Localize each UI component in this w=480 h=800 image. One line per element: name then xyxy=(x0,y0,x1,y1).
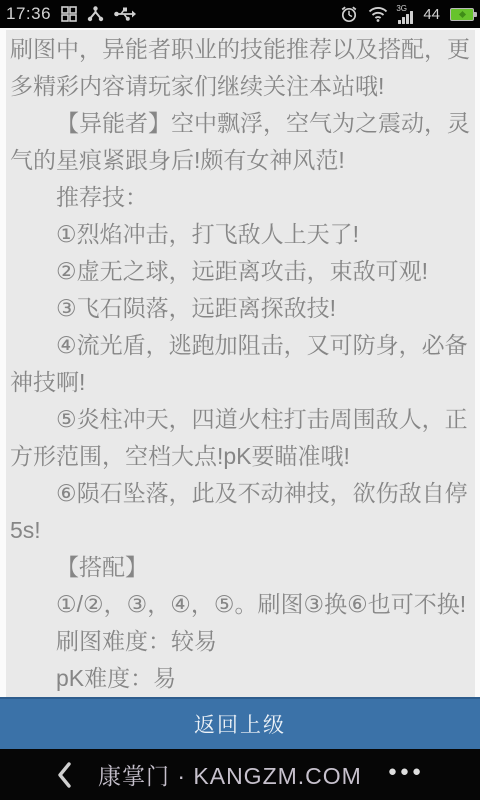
article-paragraph: ④流光盾，逃跑加阻击，又可防身，必备神技啊! xyxy=(10,327,471,401)
article-paragraph: ①烈焰冲击，打飞敌人上天了! xyxy=(10,216,471,253)
bottom-navigation-bar: 康掌门 · KANGZM.COM ●●● xyxy=(0,749,480,800)
wifi-icon xyxy=(368,6,388,22)
return-to-parent-button[interactable]: 返回上级 xyxy=(0,697,480,749)
grid-apps-icon xyxy=(61,6,77,22)
signal-strength-icon: 3G xyxy=(398,4,413,24)
article-paragraph: ①/②，③，④，⑤。刷图③换⑥也可不换! xyxy=(10,586,471,623)
article-paragraph: pK难度：易 xyxy=(10,660,471,697)
network-type-label: 3G xyxy=(396,4,407,13)
menu-dots-icon[interactable]: ●●● xyxy=(388,764,424,785)
article-paragraph: ③飞石陨落，远距离探敌技! xyxy=(10,290,471,327)
site-title: 康掌门 · KANGZM.COM xyxy=(98,758,362,791)
webview-content: 刷图中，异能者职业的技能推荐以及搭配，更多精彩内容请玩家们继续关注本站哦! 【异… xyxy=(0,28,480,697)
battery-percent: 44 xyxy=(423,6,440,23)
article-paragraph: 刷图难度：较易 xyxy=(10,623,471,660)
status-bar-right: 3G 44 xyxy=(340,4,474,24)
back-chevron-icon[interactable] xyxy=(56,761,72,789)
status-bar-left: 17:36 xyxy=(6,4,136,24)
status-bar: 17:36 xyxy=(0,0,480,28)
share-network-icon xyxy=(87,6,104,22)
article-paragraph: 刷图中，异能者职业的技能推荐以及搭配，更多精彩内容请玩家们继续关注本站哦! xyxy=(10,31,471,105)
article-paragraph: ②虚无之球，远距离攻击，束敌可观! xyxy=(10,253,471,290)
usb-icon xyxy=(114,7,136,21)
alarm-clock-icon xyxy=(340,5,358,23)
clock-time: 17:36 xyxy=(6,4,51,24)
article-paragraph: ⑤炎柱冲天，四道火柱打击周围敌人，正方形范围，空档大点!pK要瞄准哦! xyxy=(10,401,471,475)
article-paragraph: 【异能者】空中飘浮，空气为之震动，灵气的星痕紧跟身后!颇有女神风范! xyxy=(10,105,471,179)
article-paragraph: 【搭配】 xyxy=(10,549,471,586)
article-paragraph: ⑥陨石坠落，此及不动神技，欲伤敌自停5s! xyxy=(10,475,471,549)
article-body: 刷图中，异能者职业的技能推荐以及搭配，更多精彩内容请玩家们继续关注本站哦! 【异… xyxy=(6,30,475,697)
battery-icon xyxy=(450,8,474,21)
phone-screen: 17:36 xyxy=(0,0,480,800)
article-paragraph: 推荐技： xyxy=(10,179,471,216)
